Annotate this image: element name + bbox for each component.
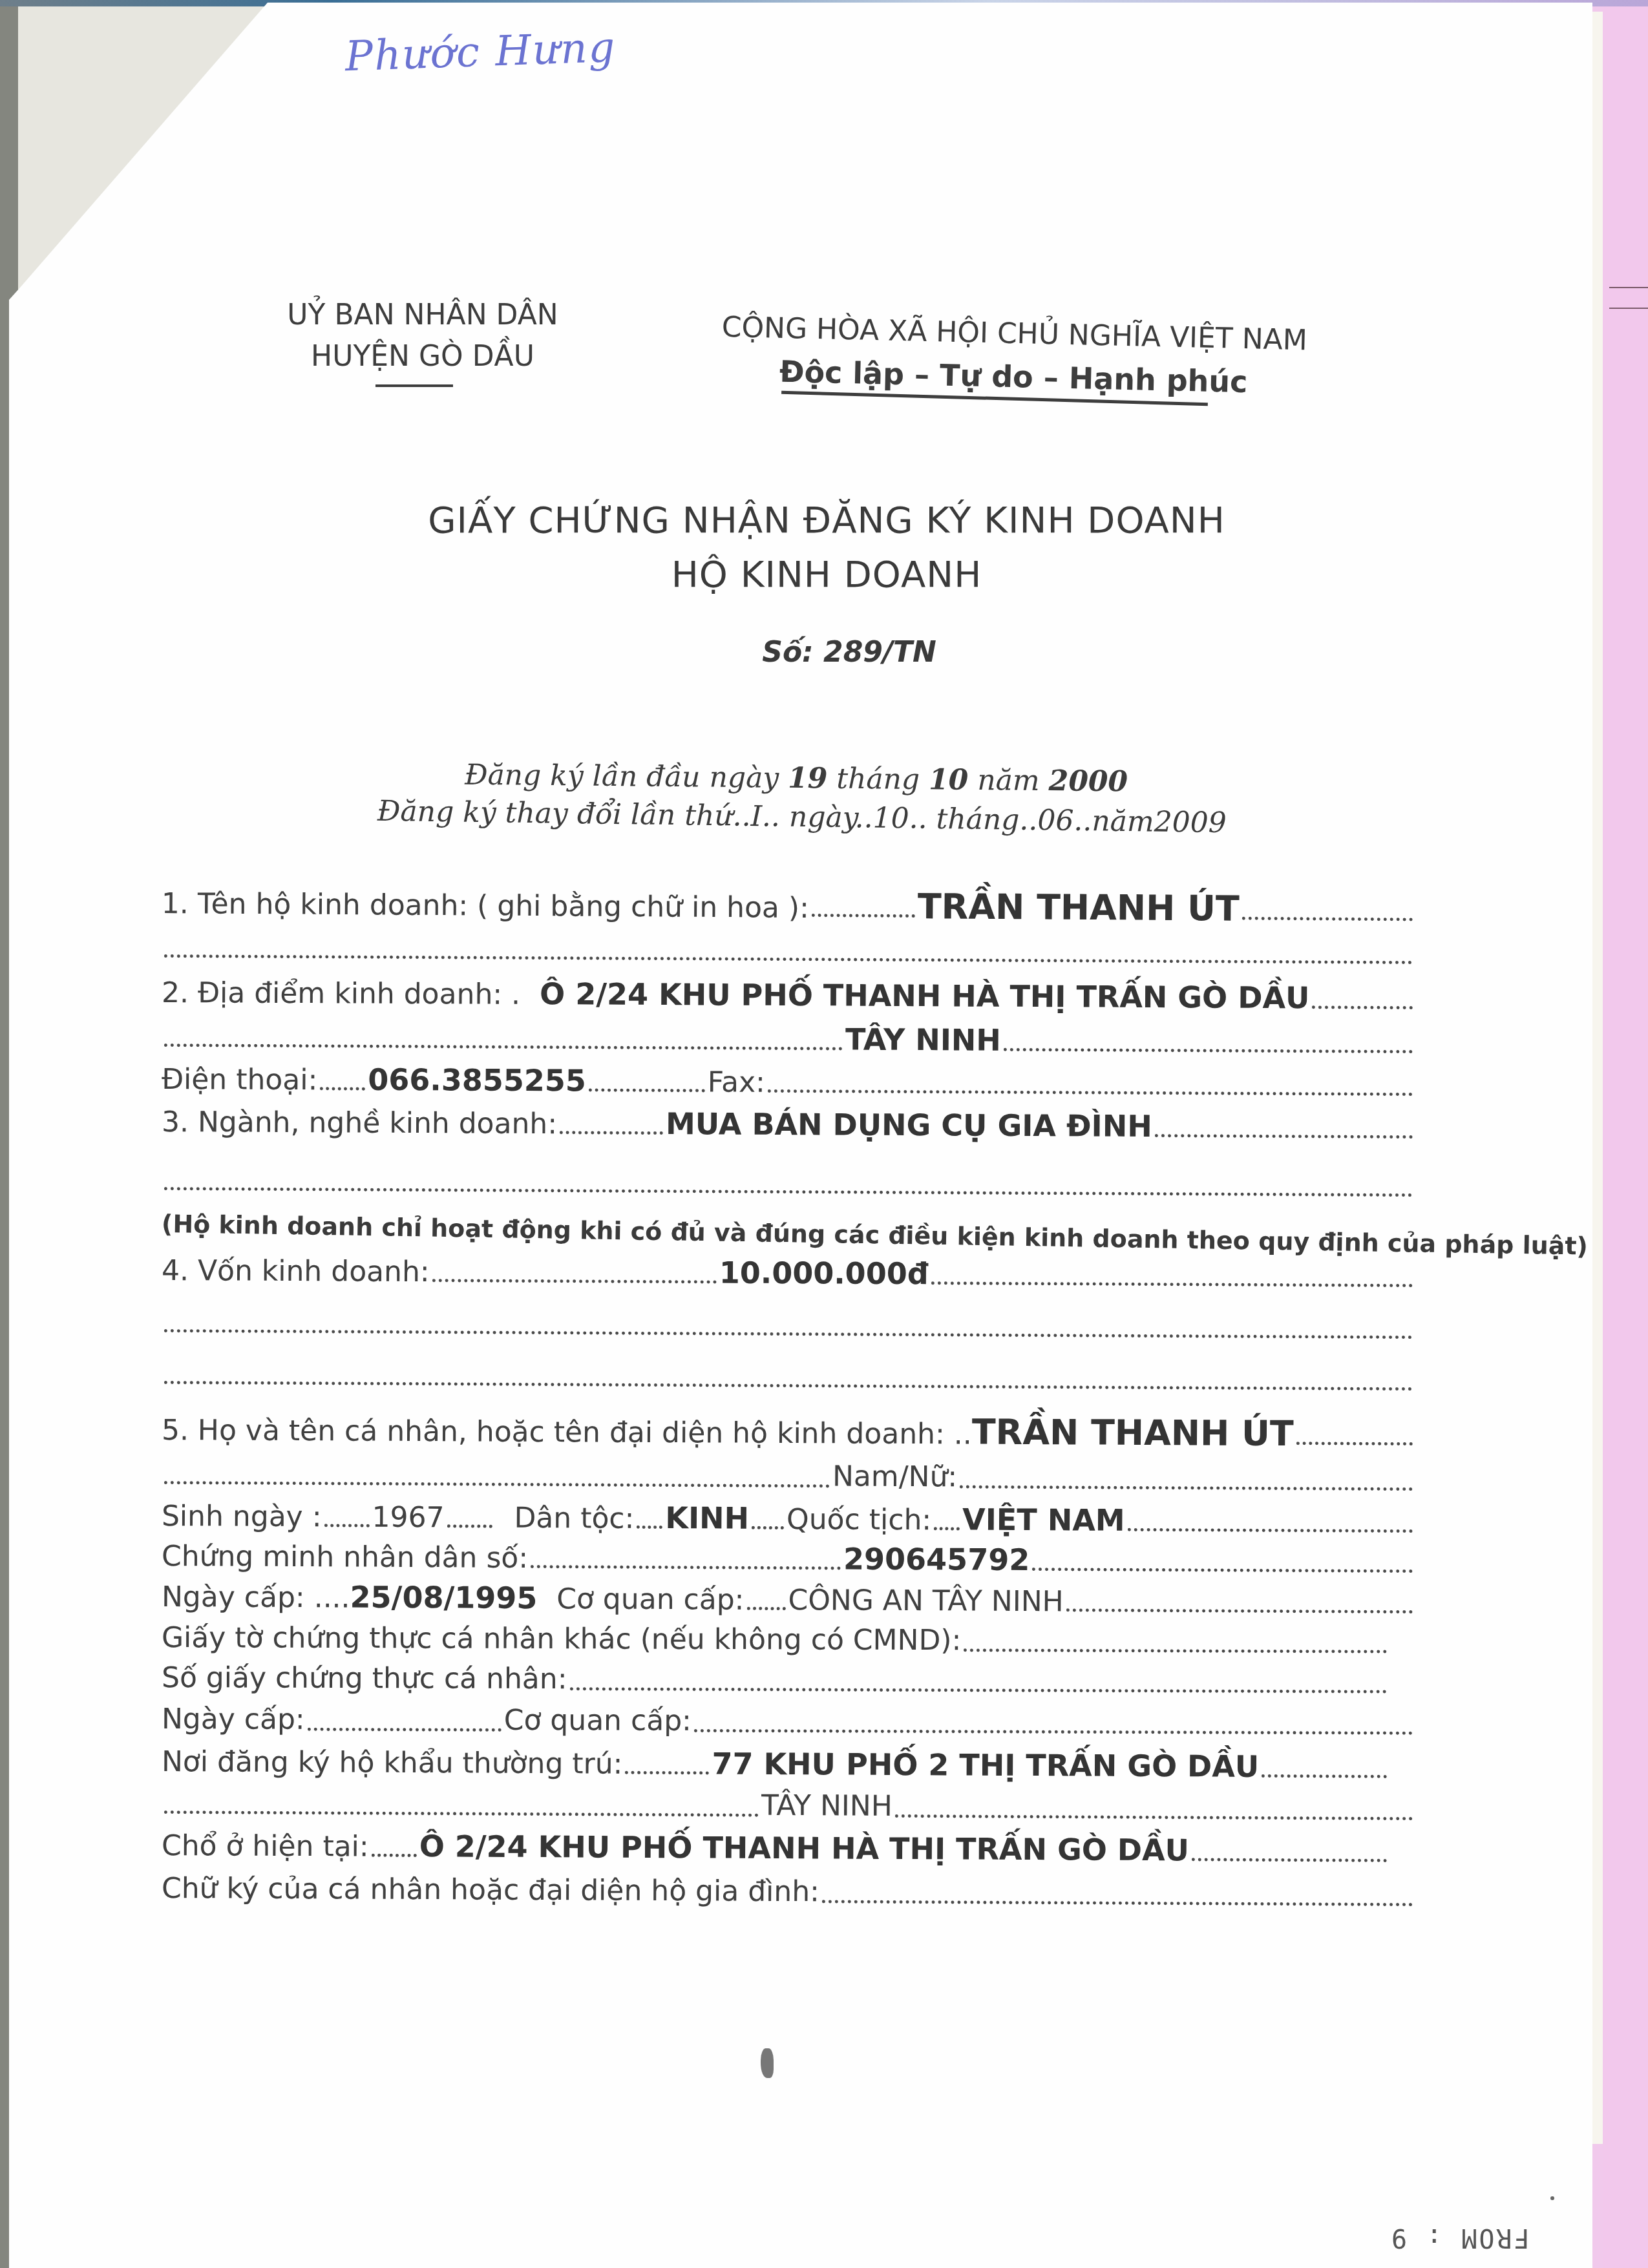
location-value-line-2: TÂY NINH (845, 1020, 1001, 1060)
field-industry-continued (162, 1159, 1415, 1206)
scan-speck (1550, 2196, 1554, 2200)
field-business-location-continued: TÂY NINH (162, 1016, 1415, 1062)
authority-line-2: HUYỆN GÒ DẦU (261, 336, 584, 377)
capital-value: 10.000.000đ (719, 1253, 929, 1294)
field-phone-fax: Điện thoại: 066.3855255 Fax: (162, 1058, 1415, 1105)
field-permanent-residence: Nơi đăng ký hộ khẩu thường trú: 77 KHU P… (162, 1741, 1389, 1787)
field-industry: 3. Ngành, nghề kinh doanh: MUA BÁN DỤNG … (162, 1101, 1415, 1148)
nationality-value: VIỆT NAM (962, 1499, 1125, 1540)
issuing-authority: UỶ BAN NHÂN DÂN HUYỆN GÒ DẦU (261, 295, 584, 377)
id-issue-date-value: 25/08/1995 (350, 1577, 538, 1619)
authority-underline (375, 384, 453, 387)
pink-sheet-line (1609, 287, 1648, 288)
field-capital-continued-1 (162, 1301, 1415, 1348)
id-issuer-value: CÔNG AN TÂY NINH (788, 1580, 1064, 1622)
authority-line-1: UỶ BAN NHÂN DÂN (261, 295, 584, 336)
field-current-residence: Chổ ở hiện tại: Ô 2/24 KHU PHỐ THANH HÀ … (162, 1825, 1389, 1871)
birth-value: 1967 (372, 1498, 444, 1538)
field-signature: Chữ ký của cá nhân hoặc đại diện hộ gia … (162, 1869, 1415, 1915)
national-header: CỘNG HÒA XÃ HỘI CHỦ NGHĨA VIỆT NAM Độc l… (655, 304, 1374, 406)
field-other-issue: Ngày cấp: Cơ quan cấp: (162, 1699, 1415, 1744)
ethnicity-value: KINH (665, 1498, 749, 1538)
document-number: Số: 289/TN (655, 636, 1043, 669)
handwritten-note: Phước Hưng (344, 24, 617, 81)
field-id-issue: Ngày cấp: .... 25/08/1995 Cơ quan cấp: C… (162, 1576, 1415, 1622)
permanent-residence-value-line-2: TÂY NINH (761, 1786, 893, 1827)
field-gender: Nam/Nữ: (162, 1453, 1415, 1500)
representative-value: TRẦN THANH ÚT (972, 1412, 1294, 1454)
field-birth-ethnicity-nationality: Sinh ngày : 1967 Dân tộc: KINH Quốc tịch… (162, 1495, 1415, 1542)
document-title: GIẤY CHỨNG NHẬN ĐĂNG KÝ KINH DOANH HỘ KI… (358, 494, 1295, 602)
fax-header-upside-down: FROM : 9 (1389, 2223, 1530, 2252)
field-capital-continued-2 (162, 1353, 1415, 1400)
pink-underlying-sheet (1603, 0, 1648, 2268)
field-business-location: 2. Địa điểm kinh doanh: . Ô 2/24 KHU PHỐ… (162, 972, 1415, 1018)
title-line-1: GIẤY CHỨNG NHẬN ĐĂNG KÝ KINH DOANH (358, 494, 1295, 548)
field-permanent-residence-continued: TÂY NINH (162, 1783, 1415, 1829)
current-residence-value: Ô 2/24 KHU PHỐ THANH HÀ THỊ TRẤN GÒ DẦU (419, 1826, 1190, 1870)
phone-value: 066.3855255 (368, 1060, 586, 1101)
field-representative: 5. Họ và tên cá nhân, hoặc tên đại diện … (162, 1408, 1415, 1454)
field-other-document: Giấy tờ chứng thực cá nhân khác (nếu khô… (162, 1618, 1389, 1663)
field-id-number: Chứng minh nhân dân số: 290645792 (162, 1535, 1415, 1582)
field-business-name-continued (162, 927, 1415, 973)
title-line-2: HỘ KINH DOANH (358, 548, 1295, 602)
location-value-line-1: Ô 2/24 KHU PHỐ THANH HÀ THỊ TRẤN GÒ DẦU (540, 974, 1310, 1018)
change-registration-date: Đăng ký thay đổi lần thứ..I.. ngày..10..… (377, 795, 1227, 839)
business-name-value: TRẦN THANH ÚT (918, 887, 1240, 929)
pink-sheet-line (1609, 308, 1648, 309)
field-business-name: 1. Tên hộ kinh doanh: ( ghi bằng chữ in … (162, 881, 1415, 930)
certificate-page: Phước Hưng UỶ BAN NHÂN DÂN HUYỆN GÒ DẦU … (9, 3, 1592, 2268)
industry-value: MUA BÁN DỤNG CỤ GIA ĐÌNH (666, 1104, 1152, 1146)
first-registration-date: Đăng ký lần đầu ngày 19 tháng 10 năm 200… (465, 759, 1128, 799)
ink-blot (761, 2048, 774, 2078)
id-number-value: 290645792 (843, 1539, 1030, 1580)
field-capital: 4. Vốn kinh doanh: 10.000.000đ (162, 1250, 1415, 1296)
field-other-document-number: Số giấy chứng thực cá nhân: (162, 1658, 1389, 1703)
permanent-residence-value-line-1: 77 KHU PHỐ 2 THỊ TRẤN GÒ DẦU (712, 1743, 1259, 1786)
